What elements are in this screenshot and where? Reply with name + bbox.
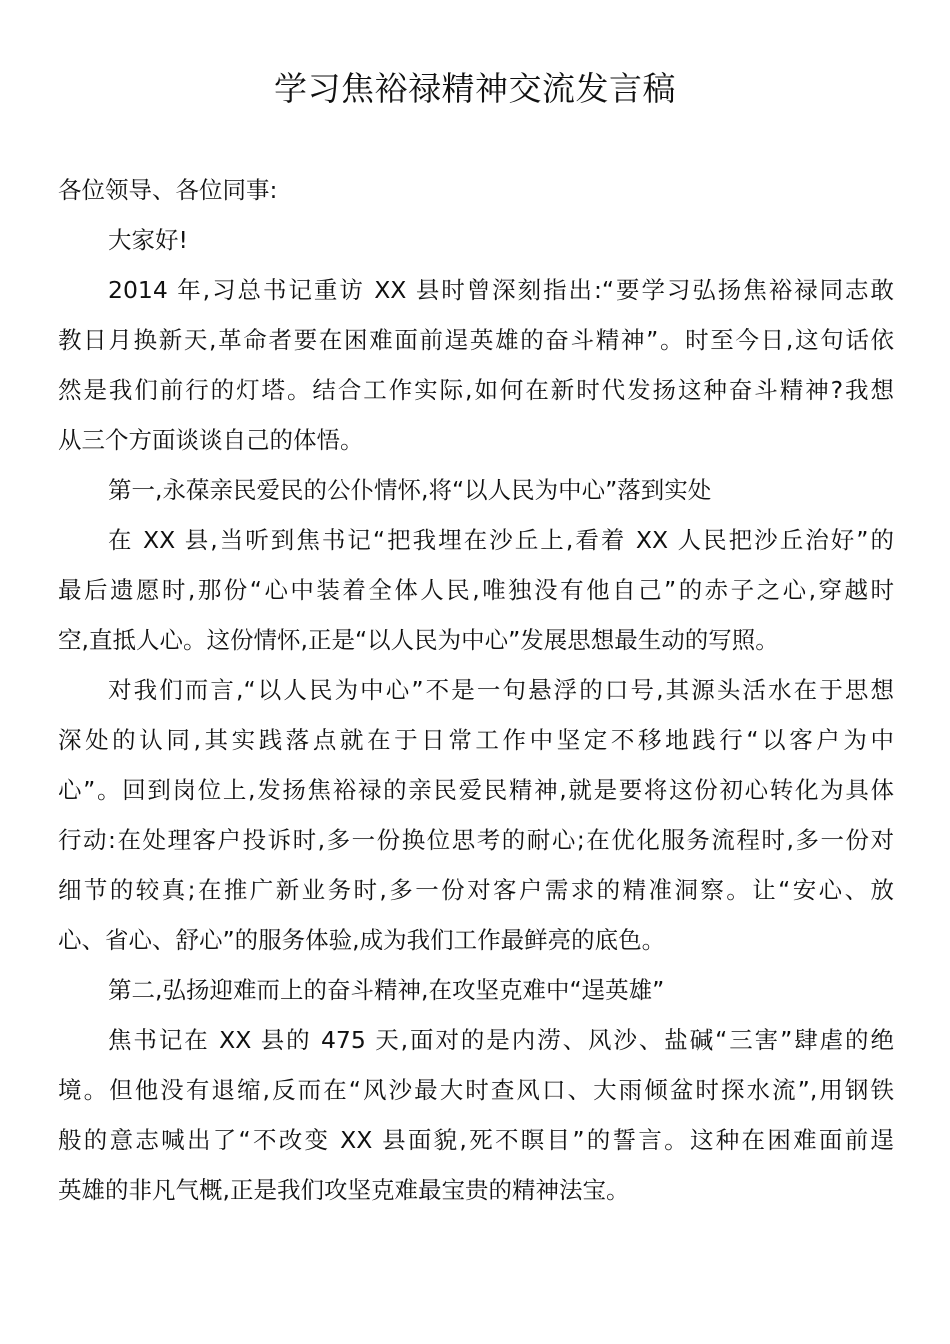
paragraph-line: 在 XX 县,当听到焦书记“把我埋在沙丘上,看着 XX 人民把沙丘治好”的 — [58, 515, 894, 565]
paragraph-line: 教日月换新天,革命者要在困难面前逞英雄的奋斗精神”。时至今日,这句话依 — [58, 315, 894, 365]
greeting: 大家好! — [58, 215, 894, 265]
paragraph-line: 从三个方面谈谈自己的体悟。 — [58, 415, 894, 465]
section-heading-line: 第二,弘扬迎难而上的奋斗精神,在攻坚克难中“逞英雄” — [58, 965, 894, 1015]
paragraph-line: 般的意志喊出了“不改变 XX 县面貌,死不瞑目”的誓言。这种在困难面前逞 — [58, 1115, 894, 1165]
paragraph-line: 2014 年,习总书记重访 XX 县时曾深刻指出:“要学习弘扬焦裕禄同志敢 — [58, 265, 894, 315]
paragraph-line: 然是我们前行的灯塔。结合工作实际,如何在新时代发扬这种奋斗精神?我想 — [58, 365, 894, 415]
salutation: 各位领导、各位同事: — [58, 165, 894, 215]
section-heading-1: 第一,永葆亲民爱民的公仆情怀,将“以人民为中心”落到实处 — [58, 465, 894, 515]
section-heading-2: 第二,弘扬迎难而上的奋斗精神,在攻坚克难中“逞英雄” — [58, 965, 894, 1015]
paragraph-1a: 在 XX 县,当听到焦书记“把我埋在沙丘上,看着 XX 人民把沙丘治好”的 最后… — [58, 515, 894, 665]
paragraph-line: 境。但他没有退缩,反而在“风沙最大时查风口、大雨倾盆时探水流”,用钢铁 — [58, 1065, 894, 1115]
document-page: 学习焦裕禄精神交流发言稿 各位领导、各位同事: 大家好! 2014 年,习总书记… — [0, 0, 950, 1344]
paragraph-line: 最后遗愿时,那份“心中装着全体人民,唯独没有他自己”的赤子之心,穿越时 — [58, 565, 894, 615]
paragraph-line: 心、省心、舒心”的服务体验,成为我们工作最鲜亮的底色。 — [58, 915, 894, 965]
document-title: 学习焦裕禄精神交流发言稿 — [0, 66, 950, 112]
paragraph-line: 行动:在处理客户投诉时,多一份换位思考的耐心;在优化服务流程时,多一份对 — [58, 815, 894, 865]
paragraph-1b: 对我们而言,“以人民为中心”不是一句悬浮的口号,其源头活水在于思想 深处的认同,… — [58, 665, 894, 965]
paragraph-line: 细节的较真;在推广新业务时,多一份对客户需求的精准洞察。让“安心、放 — [58, 865, 894, 915]
paragraph-line: 深处的认同,其实践落点就在于日常工作中坚定不移地践行“以客户为中 — [58, 715, 894, 765]
section-heading-line: 第一,永葆亲民爱民的公仆情怀,将“以人民为中心”落到实处 — [58, 465, 894, 515]
paragraph-line: 英雄的非凡气概,正是我们攻坚克难最宝贵的精神法宝。 — [58, 1165, 894, 1215]
paragraph-line: 心”。回到岗位上,发扬焦裕禄的亲民爱民精神,就是要将这份初心转化为具体 — [58, 765, 894, 815]
paragraph-2a: 焦书记在 XX 县的 475 天,面对的是内涝、风沙、盐碱“三害”肆虐的绝 境。… — [58, 1015, 894, 1215]
paragraph-line: 对我们而言,“以人民为中心”不是一句悬浮的口号,其源头活水在于思想 — [58, 665, 894, 715]
paragraph-intro: 2014 年,习总书记重访 XX 县时曾深刻指出:“要学习弘扬焦裕禄同志敢 教日… — [58, 265, 894, 465]
paragraph-line: 空,直抵人心。这份情怀,正是“以人民为中心”发展思想最生动的写照。 — [58, 615, 894, 665]
document-body: 各位领导、各位同事: 大家好! 2014 年,习总书记重访 XX 县时曾深刻指出… — [58, 165, 894, 1215]
paragraph-line: 焦书记在 XX 县的 475 天,面对的是内涝、风沙、盐碱“三害”肆虐的绝 — [58, 1015, 894, 1065]
